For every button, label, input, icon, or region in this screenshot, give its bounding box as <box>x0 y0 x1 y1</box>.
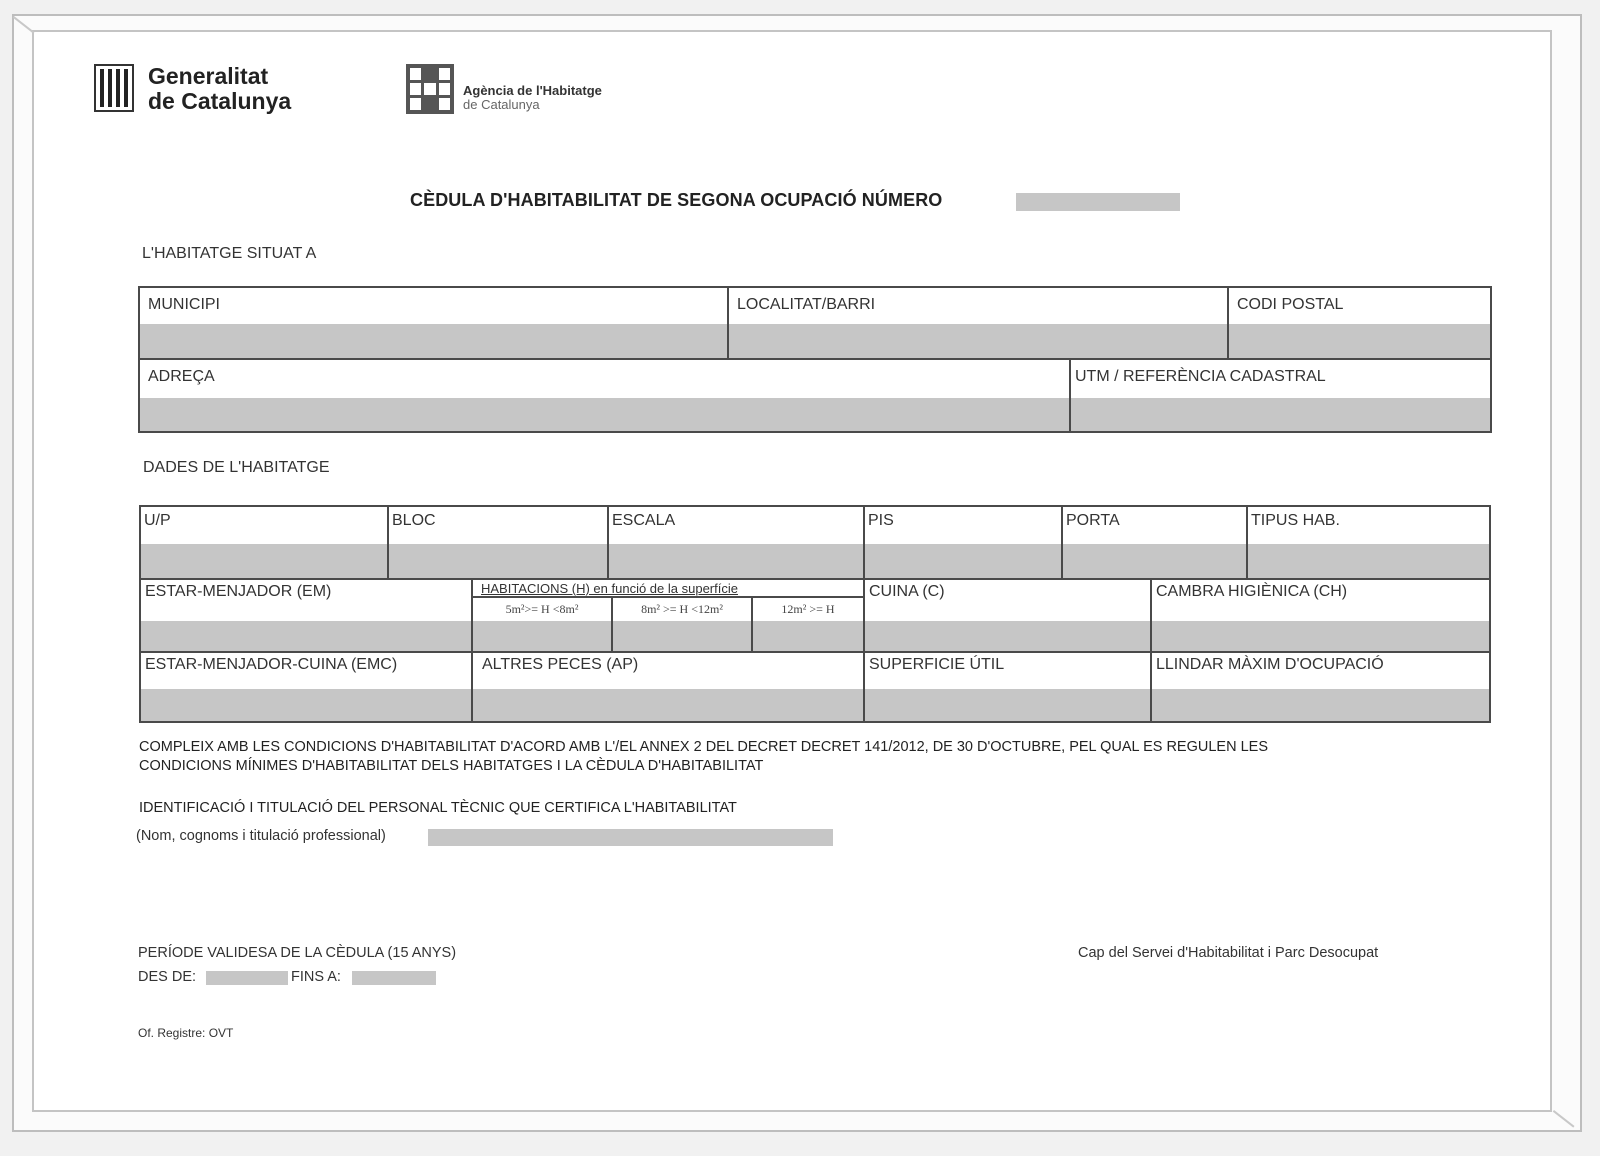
technician-heading: IDENTIFICACIÓ I TITULACIÓ DEL PERSONAL T… <box>139 799 737 818</box>
field-label: ESTAR-MENJADOR (EM) <box>145 583 331 601</box>
logo-line: de Catalunya <box>148 89 291 114</box>
field-label: BLOC <box>392 512 436 530</box>
validity-from-field[interactable] <box>206 971 288 985</box>
field-pis[interactable]: PIS <box>865 507 1063 580</box>
logo-line: de Catalunya <box>463 98 602 112</box>
certificate-number-field[interactable] <box>1016 193 1180 211</box>
field-codi-postal[interactable]: CODI POSTAL <box>1229 288 1490 360</box>
field-u-p[interactable]: U/P <box>141 507 389 580</box>
field-escala[interactable]: ESCALA <box>609 507 865 580</box>
location-table: MUNICIPI LOCALITAT/BARRI CODI POSTAL ADR… <box>138 286 1492 433</box>
generalitat-shield-icon <box>94 64 134 112</box>
field-adreca[interactable]: ADREÇA <box>140 360 1071 431</box>
field-label: PORTA <box>1066 512 1120 530</box>
field-value[interactable] <box>473 621 611 651</box>
agencia-habitatge-grid-icon <box>406 64 454 114</box>
dwelling-table: U/P BLOC ESCALA PIS PORTA TIPUS HAB. EST… <box>139 505 1491 723</box>
technician-field-label: (Nom, cognoms i titulació professional) <box>136 828 386 844</box>
field-label: UTM / REFERÈNCIA CADASTRAL <box>1075 368 1326 386</box>
habitacions-size-label: 5m²>= H <8m² <box>473 602 611 617</box>
field-label: SUPERFICIE ÚTIL <box>869 656 1004 674</box>
field-value[interactable] <box>473 689 863 721</box>
field-value[interactable] <box>1152 621 1489 651</box>
field-localitat-barri[interactable]: LOCALITAT/BARRI <box>729 288 1229 360</box>
field-value[interactable] <box>613 621 751 651</box>
field-label: CAMBRA HIGIÈNICA (CH) <box>1156 583 1347 601</box>
field-value[interactable] <box>1152 689 1489 721</box>
compliance-line: COMPLEIX AMB LES CONDICIONS D'HABITABILI… <box>139 738 1268 757</box>
field-bloc[interactable]: BLOC <box>389 507 609 580</box>
field-value[interactable] <box>140 324 727 358</box>
field-label: MUNICIPI <box>148 296 220 314</box>
field-tipus-hab[interactable]: TIPUS HAB. <box>1248 507 1489 580</box>
registry-office: Of. Registre: OVT <box>138 1026 233 1040</box>
field-cambra-higienica[interactable]: CAMBRA HIGIÈNICA (CH) <box>1152 580 1489 653</box>
habitacions-size-label: 12m² >= H <box>753 602 863 617</box>
field-value[interactable] <box>865 689 1150 721</box>
field-value[interactable] <box>140 398 1069 431</box>
signatory-title: Cap del Servei d'Habitabilitat i Parc De… <box>1078 945 1378 961</box>
validity-heading: PERÍODE VALIDESA DE LA CÈDULA (15 ANYS) <box>138 945 456 961</box>
field-porta[interactable]: PORTA <box>1063 507 1248 580</box>
logo-line: Generalitat <box>148 64 291 89</box>
field-habitacions-8-12[interactable]: 8m² >= H <12m² <box>613 598 753 651</box>
validity-to-field[interactable] <box>352 971 436 985</box>
field-value[interactable] <box>865 544 1061 578</box>
field-label: CUINA (C) <box>869 583 945 601</box>
habitacions-size-label: 8m² >= H <12m² <box>613 602 751 617</box>
field-label: CODI POSTAL <box>1237 296 1343 314</box>
field-estar-menjador[interactable]: ESTAR-MENJADOR (EM) <box>141 580 473 653</box>
field-label: ESTAR-MENJADOR-CUINA (EMC) <box>145 656 397 674</box>
technician-field[interactable] <box>428 829 833 846</box>
field-label: U/P <box>144 512 171 530</box>
field-value[interactable] <box>753 621 863 651</box>
field-value[interactable] <box>1229 324 1490 358</box>
field-value[interactable] <box>729 324 1227 358</box>
field-habitacions: HABITACIONS (H) en funció de la superfíc… <box>473 580 865 653</box>
field-habitacions-5-8[interactable]: 5m²>= H <8m² <box>473 598 613 651</box>
field-label: ALTRES PECES (AP) <box>482 656 638 674</box>
field-value[interactable] <box>1063 544 1246 578</box>
field-value[interactable] <box>141 689 471 721</box>
field-altres-peces[interactable]: ALTRES PECES (AP) <box>473 653 865 721</box>
agencia-logo-text: Agència de l'Habitatge de Catalunya <box>463 84 602 112</box>
validity-to-label: FINS A: <box>291 969 341 985</box>
compliance-line: CONDICIONS MÍNIMES D'HABITABILITAT DELS … <box>139 757 1268 776</box>
habitacions-header: HABITACIONS (H) en funció de la superfíc… <box>481 581 738 596</box>
field-label: LLINDAR MÀXIM D'OCUPACIÓ <box>1156 656 1384 674</box>
field-value[interactable] <box>1071 398 1490 431</box>
field-habitacions-12-plus[interactable]: 12m² >= H <box>753 598 863 651</box>
validity-from-label: DES DE: <box>138 969 196 985</box>
field-value[interactable] <box>609 544 863 578</box>
field-label: TIPUS HAB. <box>1251 512 1340 530</box>
field-municipi[interactable]: MUNICIPI <box>140 288 729 360</box>
compliance-statement: COMPLEIX AMB LES CONDICIONS D'HABITABILI… <box>139 738 1268 776</box>
field-value[interactable] <box>141 544 387 578</box>
logo-line: Agència de l'Habitatge <box>463 84 602 98</box>
field-cuina[interactable]: CUINA (C) <box>865 580 1152 653</box>
field-value[interactable] <box>389 544 607 578</box>
dwelling-heading: DADES DE L'HABITATGE <box>143 459 330 477</box>
field-value[interactable] <box>1248 544 1489 578</box>
field-label: ADREÇA <box>148 368 215 386</box>
field-llindar-maxim-ocupacio[interactable]: LLINDAR MÀXIM D'OCUPACIÓ <box>1152 653 1489 721</box>
field-label: ESCALA <box>612 512 675 530</box>
field-label: LOCALITAT/BARRI <box>737 296 875 314</box>
field-utm-referencia-cadastral[interactable]: UTM / REFERÈNCIA CADASTRAL <box>1071 360 1490 431</box>
field-superficie-util[interactable]: SUPERFICIE ÚTIL <box>865 653 1152 721</box>
field-value[interactable] <box>141 621 471 651</box>
document-title: CÈDULA D'HABITABILITAT DE SEGONA OCUPACI… <box>410 190 942 211</box>
field-estar-menjador-cuina[interactable]: ESTAR-MENJADOR-CUINA (EMC) <box>141 653 473 721</box>
generalitat-logo-text: Generalitat de Catalunya <box>148 64 291 114</box>
field-label: PIS <box>868 512 894 530</box>
location-heading: L'HABITATGE SITUAT A <box>142 245 316 263</box>
field-value[interactable] <box>865 621 1150 651</box>
